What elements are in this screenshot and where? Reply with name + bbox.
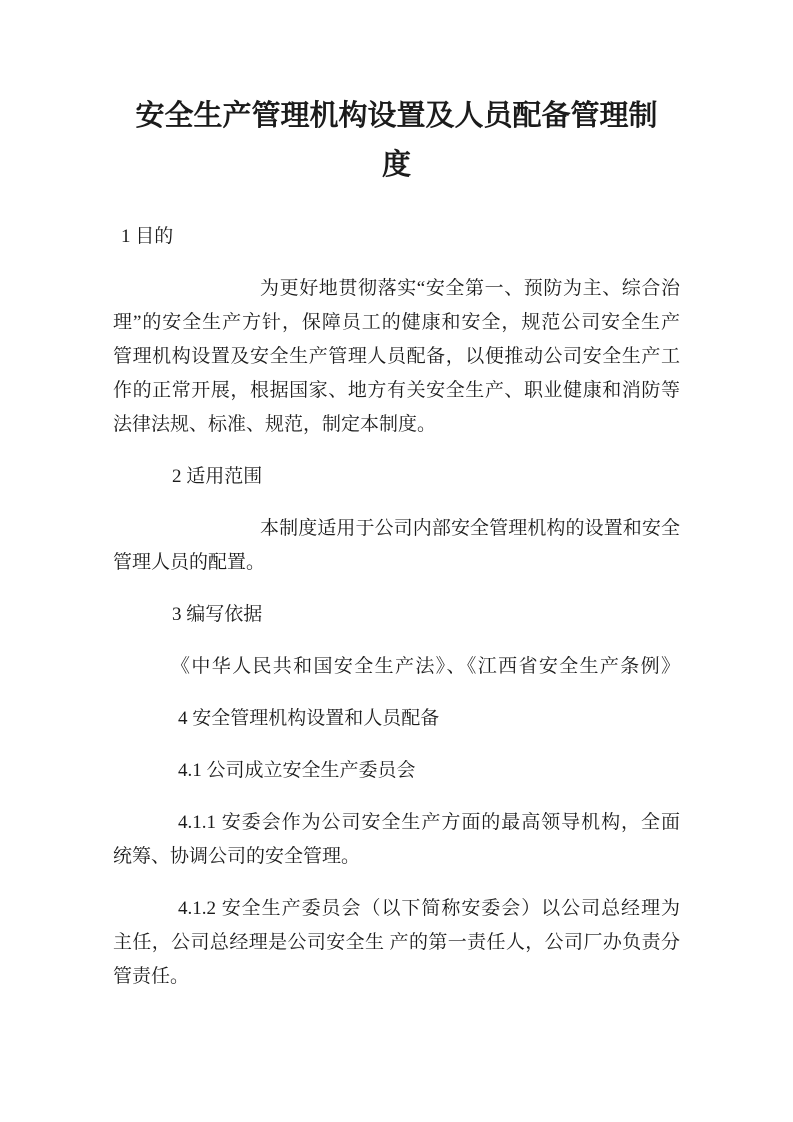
document-page: 安全生产管理机构设置及人员配备管理制 度 1 目的为更好地贯彻落实“安全第一、预… — [0, 0, 793, 1122]
text-line: 4.1.2 安全生产委员会（以下简称安委会）以公司总经理为 — [113, 892, 680, 926]
document-body: 1 目的为更好地贯彻落实“安全第一、预防为主、综合治理”的安全生产方针，保障员工… — [113, 220, 680, 994]
text-line: 理”的安全生产方针，保障员工的健康和安全，规范公司安全生产 — [113, 306, 680, 340]
title-line-1: 安全生产管理机构设置及人员配备管理制 — [113, 92, 680, 141]
title-line-2: 度 — [113, 141, 680, 190]
para-4-1-1: 4.1.1 安委会作为公司安全生产方面的最高领导机构，全面统筹、协调公司的安全管… — [113, 806, 680, 874]
text-line: 《中华人民共和国安全生产法》、《江西省安全生产条例》 — [113, 650, 680, 684]
text-line: 1 目的 — [113, 220, 680, 254]
text-line: 作的正常开展，根据国家、地方有关安全生产、职业健康和消防等 — [113, 374, 680, 408]
text-line: 2 适用范围 — [113, 460, 680, 494]
heading-scope: 2 适用范围 — [113, 460, 680, 494]
text-line: 4.1 公司成立安全生产委员会 — [113, 754, 680, 788]
para-scope: 本制度适用于公司内部安全管理机构的设置和安全管理人员的配置。 — [113, 512, 680, 580]
heading-basis: 3 编写依据 — [113, 598, 680, 632]
text-line: 本制度适用于公司内部安全管理机构的设置和安全 — [113, 512, 680, 546]
text-line: 统筹、协调公司的安全管理。 — [113, 840, 680, 874]
heading-safety-committee: 4.1 公司成立安全生产委员会 — [113, 754, 680, 788]
text-line: 法律法规、标准、规范，制定本制度。 — [113, 408, 680, 442]
text-line: 为更好地贯彻落实“安全第一、预防为主、综合治 — [113, 272, 680, 306]
text-line: 管理人员的配置。 — [113, 546, 680, 580]
text-line: 4 安全管理机构设置和人员配备 — [113, 702, 680, 736]
para-basis-references: 《中华人民共和国安全生产法》、《江西省安全生产条例》 — [113, 650, 680, 684]
text-line: 管理机构设置及安全生产管理人员配备，以便推动公司安全生产工 — [113, 340, 680, 374]
text-line: 3 编写依据 — [113, 598, 680, 632]
text-line: 4.1.1 安委会作为公司安全生产方面的最高领导机构，全面 — [113, 806, 680, 840]
text-line: 管责任。 — [113, 960, 680, 994]
heading-purpose: 1 目的 — [113, 220, 680, 254]
para-purpose: 为更好地贯彻落实“安全第一、预防为主、综合治理”的安全生产方针，保障员工的健康和… — [113, 272, 680, 442]
text-line: 主任，公司总经理是公司安全生 产的第一责任人，公司厂办负责分 — [113, 926, 680, 960]
heading-org-setup: 4 安全管理机构设置和人员配备 — [113, 702, 680, 736]
para-4-1-2: 4.1.2 安全生产委员会（以下简称安委会）以公司总经理为主任，公司总经理是公司… — [113, 892, 680, 994]
document-title: 安全生产管理机构设置及人员配备管理制 度 — [113, 92, 680, 190]
